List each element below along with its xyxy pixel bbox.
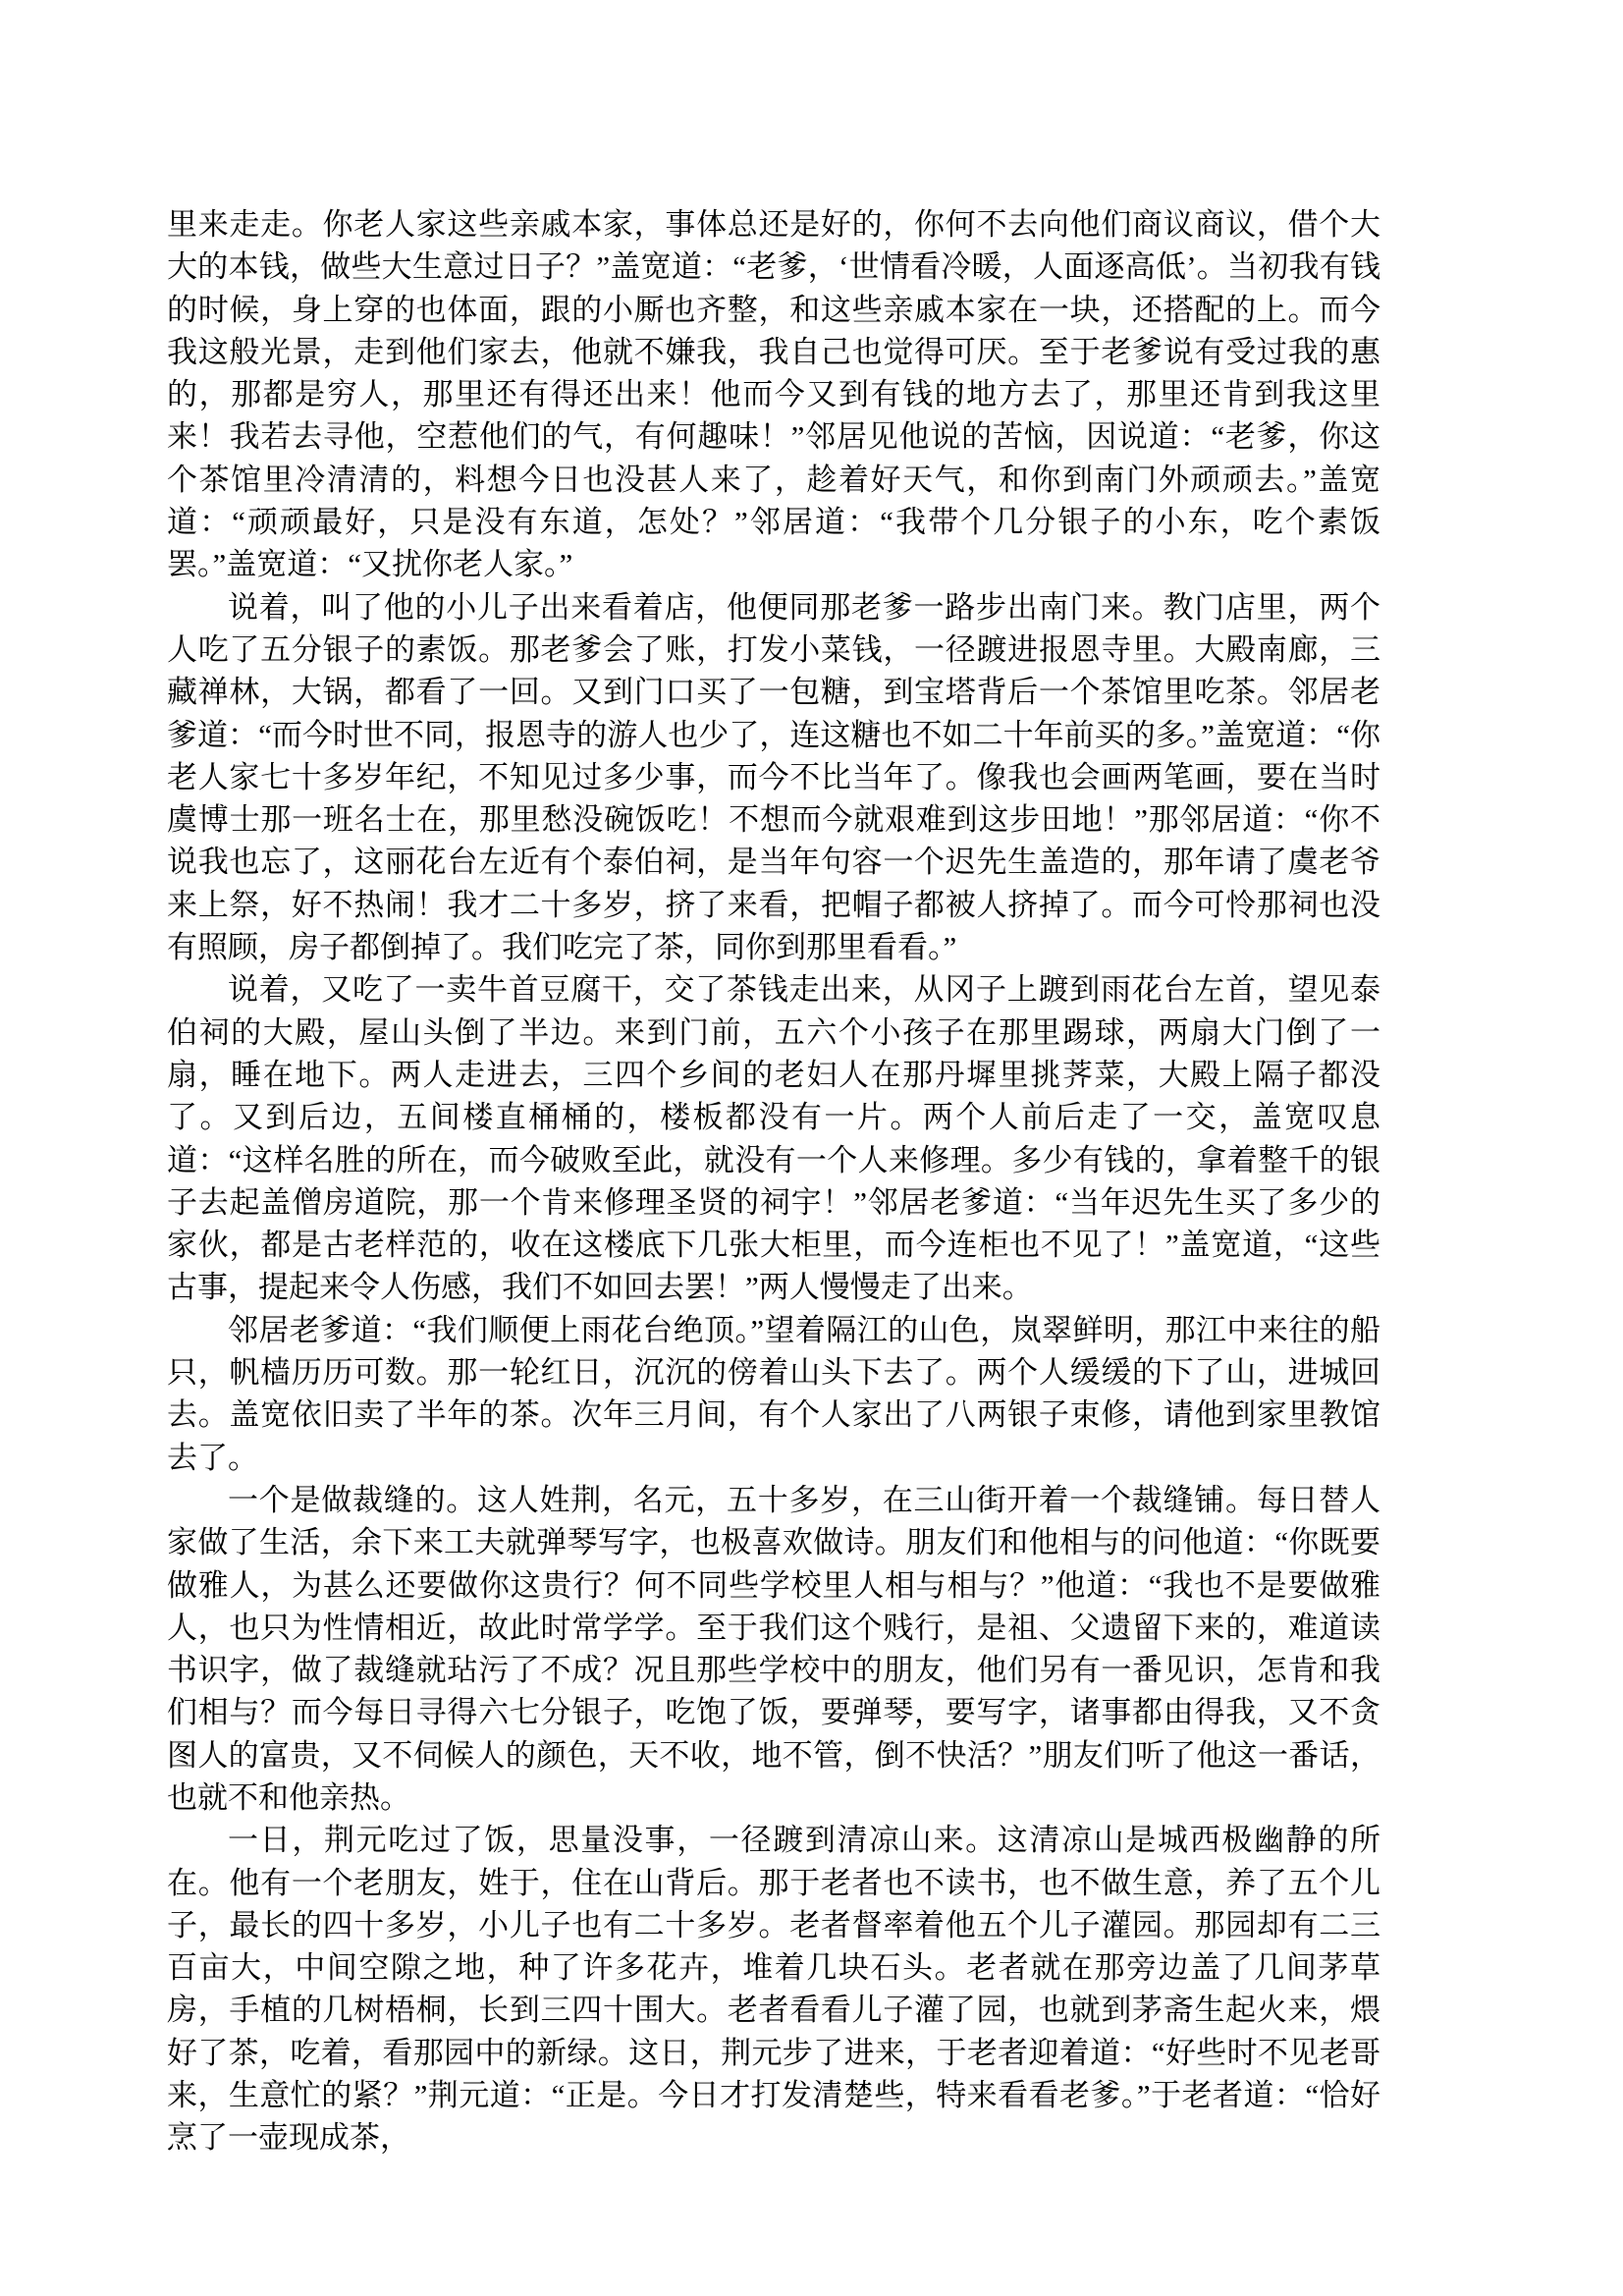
paragraph: 一日，荆元吃过了饭，思量没事，一径踱到清凉山来。这清凉山是城西极幽静的所在。他有… — [167, 1819, 1380, 2159]
text-block: 里来走走。你老人家这些亲戚本家，事体总还是好的，你何不去向他们商议商议，借个大大… — [167, 203, 1380, 2159]
paragraph: 说着，叫了他的小儿子出来看着店，他便同那老爹一路步出南门来。教门店里，两个人吃了… — [167, 586, 1380, 969]
paragraph: 一个是做裁缝的。这人姓荆，名元，五十多岁，在三山街开着一个裁缝铺。每日替人家做了… — [167, 1479, 1380, 1819]
paragraph: 邻居老爹道：“我们顺便上雨花台绝顶。”望着隔江的山色，岚翠鲜明，那江中来往的船只… — [167, 1309, 1380, 1479]
document-page: 里来走走。你老人家这些亲戚本家，事体总还是好的，你何不去向他们商议商议，借个大大… — [0, 0, 1623, 2296]
paragraph: 里来走走。你老人家这些亲戚本家，事体总还是好的，你何不去向他们商议商议，借个大大… — [167, 203, 1380, 586]
paragraph: 说着，又吃了一卖牛首豆腐干，交了茶钱走出来，从冈子上踱到雨花台左首，望见泰伯祠的… — [167, 968, 1380, 1308]
